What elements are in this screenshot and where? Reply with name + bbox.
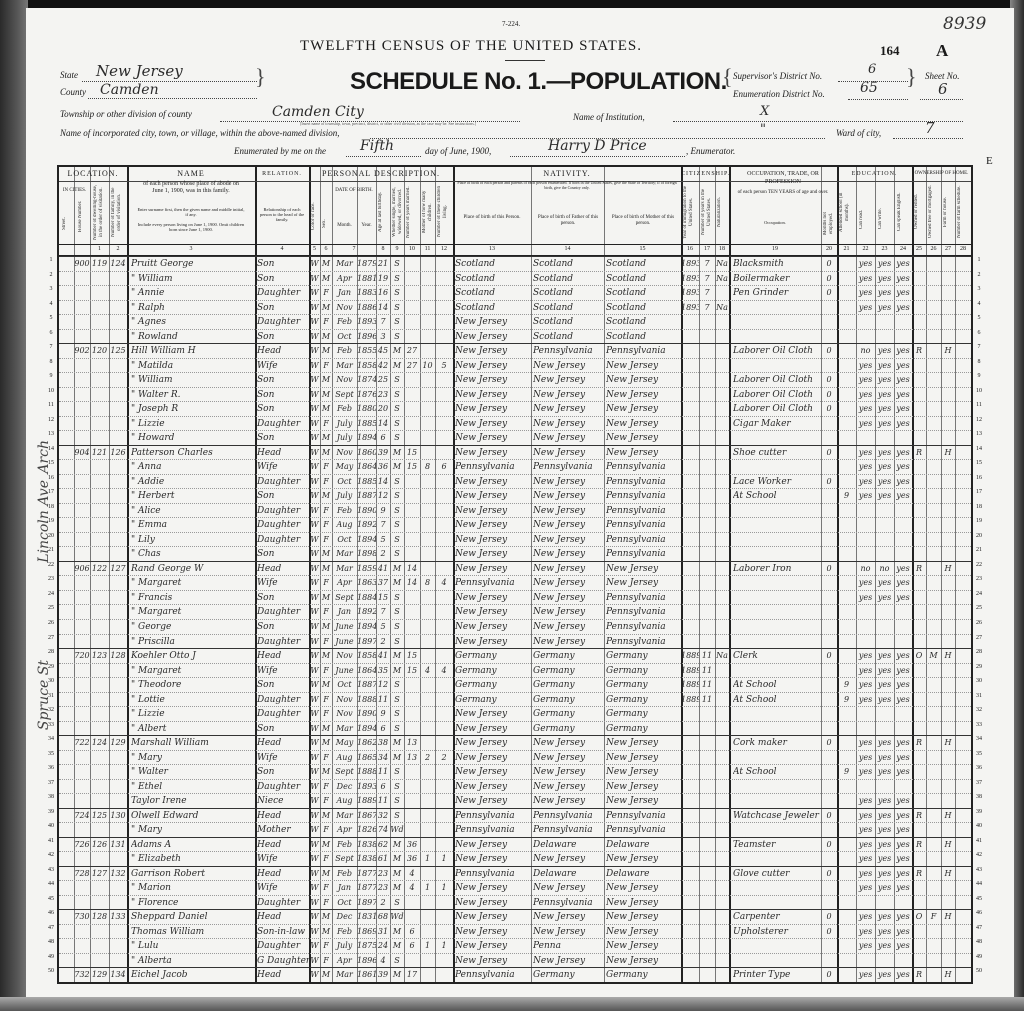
cell-years-married [404, 823, 420, 837]
cell-relationship: Daughter [257, 635, 309, 649]
cell-birth-month: Jan [332, 605, 357, 619]
cell-sex: M [320, 272, 332, 286]
cell-years-in-us [699, 867, 715, 881]
cell-months-unemployed: 0 [821, 649, 837, 663]
cell-children-living [435, 286, 453, 300]
cell-person-name: " Marion [131, 881, 255, 895]
cell-birthplace-mother: New Jersey [606, 896, 681, 910]
cell-farm-house [941, 330, 955, 344]
cell-birth-year: 1886 [357, 301, 376, 315]
cell-naturalization: Na [715, 301, 729, 315]
cell-birth-month: Jan [332, 881, 357, 895]
cell-mortgaged [926, 722, 941, 736]
cell-immigration-year [681, 605, 699, 619]
colnum: 22 [856, 246, 875, 252]
cell-marital-status: S [390, 533, 404, 547]
cell-speaks-english: yes [894, 402, 912, 416]
cell-family-number [109, 533, 127, 547]
cell-can-read: yes [856, 664, 875, 678]
row-number-right: 25 [973, 605, 985, 611]
cell-birth-month: Mar [332, 562, 357, 576]
cell-speaks-english: yes [894, 373, 912, 387]
cell-can-read: yes [856, 838, 875, 852]
cell-birthplace-mother: Delaware [606, 867, 681, 881]
cell-mortgaged [926, 693, 941, 707]
cell-age: 11 [376, 693, 390, 707]
cell-can-read [856, 620, 875, 634]
table-row: 4343728127132Garrison RobertHeadWMFeb187… [59, 866, 971, 882]
cell-occupation: At School [733, 765, 821, 779]
cell-mortgaged [926, 330, 941, 344]
cell-color: W [309, 780, 320, 794]
cell-color: W [309, 722, 320, 736]
cell-sex: M [320, 591, 332, 605]
cell-attended-school [837, 344, 856, 358]
row-number-right: 2 [973, 272, 985, 278]
cell-birthplace-mother: Pennsylvania [606, 591, 681, 605]
cell-mother-of [420, 373, 435, 387]
cell-family-number [109, 896, 127, 910]
cell-years-married [404, 417, 420, 431]
table-row: 1919" EmmaDaughterWFAug18927SNew JerseyN… [59, 517, 971, 533]
cell-dwelling-number [90, 794, 109, 808]
cell-birthplace-mother: New Jersey [606, 562, 681, 576]
cell-children-living [435, 605, 453, 619]
cell-birth-year: 1883 [357, 286, 376, 300]
cell-dwelling-number [90, 881, 109, 895]
cell-age: 12 [376, 678, 390, 692]
cell-immigration-year: 1893 [681, 286, 699, 300]
cell-farm-house [941, 373, 955, 387]
cell-birthplace-father: Scotland [533, 330, 604, 344]
header-year: Year. [357, 222, 376, 230]
cell-house-number: 726 [74, 838, 90, 852]
colnum: 27 [941, 246, 955, 252]
cell-dwelling-number [90, 751, 109, 765]
cell-immigration-year [681, 562, 699, 576]
cell-marital-status: Wd [390, 910, 404, 924]
cell-marital-status: S [390, 489, 404, 503]
cell-marital-status: M [390, 968, 404, 982]
cell-birthplace-father: New Jersey [533, 489, 604, 503]
cell-speaks-english: yes [894, 649, 912, 663]
cell-sex: M [320, 925, 332, 939]
cell-mortgaged [926, 751, 941, 765]
row-number: 22 [45, 562, 57, 568]
cell-years-in-us [699, 794, 715, 808]
cell-birthplace-person: New Jersey [455, 852, 531, 866]
cell-birthplace-father: New Jersey [533, 518, 604, 532]
cell-sex: F [320, 533, 332, 547]
cell-immigration-year [681, 620, 699, 634]
cell-person-name: Rand George W [131, 562, 255, 576]
table-row: 4040" MaryMotherWFApr182674WdPennsylvani… [59, 822, 971, 838]
cell-farm-house [941, 475, 955, 489]
cell-mother-of: 2 [420, 751, 435, 765]
cell-years-married [404, 765, 420, 779]
cell-birth-month: Mar [332, 257, 357, 271]
cell-person-name: Patterson Charles [131, 446, 255, 460]
cell-age: 42 [376, 359, 390, 373]
cell-speaks-english: yes [894, 591, 912, 605]
cell-children-living: 6 [435, 460, 453, 474]
cell-birth-year: 1887 [357, 489, 376, 503]
cell-attended-school [837, 664, 856, 678]
table-row: 3030" TheodoreSonWMOct188712SGermanyGerm… [59, 677, 971, 693]
cell-mortgaged [926, 475, 941, 489]
cell-marital-status: S [390, 765, 404, 779]
cell-birth-month: Mar [332, 722, 357, 736]
cell-relationship: Son [257, 765, 309, 779]
cell-months-unemployed [821, 605, 837, 619]
cell-can-read: no [856, 344, 875, 358]
cell-mortgaged [926, 823, 941, 837]
cell-attended-school [837, 823, 856, 837]
cell-birthplace-father: New Jersey [533, 475, 604, 489]
cell-can-write: yes [875, 881, 894, 895]
cell-person-name: Thomas William [131, 925, 255, 939]
cell-birth-year: 1875 [357, 939, 376, 953]
cell-children-living [435, 373, 453, 387]
cell-speaks-english [894, 780, 912, 794]
cell-immigration-year: 1889 [681, 664, 699, 678]
cell-years-in-us [699, 736, 715, 750]
cell-attended-school [837, 330, 856, 344]
cell-birth-month: Feb [332, 402, 357, 416]
cell-can-read: yes [856, 693, 875, 707]
cell-naturalization [715, 852, 729, 866]
incorporated-value: " [760, 122, 766, 137]
cell-immigration-year: 1893 [681, 301, 699, 315]
cell-birthplace-person: New Jersey [455, 794, 531, 808]
cell-relationship: Daughter [257, 707, 309, 721]
cell-farm-house [941, 678, 955, 692]
cell-months-unemployed: 0 [821, 968, 837, 982]
cell-age: 15 [376, 591, 390, 605]
header-month: Month. [332, 222, 357, 230]
cell-sex: F [320, 751, 332, 765]
enumerated-suffix: day of June, 1900, [425, 146, 491, 156]
row-number: 5 [45, 315, 57, 321]
cell-months-unemployed: 0 [821, 286, 837, 300]
row-number-right: 18 [973, 504, 985, 510]
cell-mortgaged [926, 402, 941, 416]
cell-mother-of [420, 823, 435, 837]
cell-years-married [404, 330, 420, 344]
cell-mother-of [420, 286, 435, 300]
cell-naturalization [715, 954, 729, 968]
cell-occupation: Laborer Oil Cloth [733, 373, 821, 387]
cell-marital-status: S [390, 388, 404, 402]
cell-marital-status: M [390, 925, 404, 939]
cell-attended-school [837, 925, 856, 939]
cell-naturalization [715, 707, 729, 721]
cell-owned-rented [912, 257, 926, 271]
cell-marital-status: S [390, 402, 404, 416]
cell-months-unemployed [821, 794, 837, 808]
enumeration-district-value: 65 [860, 80, 878, 96]
cell-house-number [74, 751, 90, 765]
cell-immigration-year [681, 489, 699, 503]
cell-person-name: " Alice [131, 504, 255, 518]
cell-color: W [309, 402, 320, 416]
cell-years-married [404, 315, 420, 329]
cell-months-unemployed: 0 [821, 562, 837, 576]
cell-relationship: Daughter [257, 780, 309, 794]
cell-years-married: 14 [404, 562, 420, 576]
cell-children-living [435, 402, 453, 416]
cell-years-married [404, 794, 420, 808]
cell-birthplace-person: New Jersey [455, 533, 531, 547]
cell-birthplace-person: New Jersey [455, 939, 531, 953]
row-number: 44 [45, 881, 57, 887]
cell-naturalization [715, 635, 729, 649]
cell-birthplace-father: Scotland [533, 257, 604, 271]
cell-age: 74 [376, 823, 390, 837]
cell-dwelling-number [90, 925, 109, 939]
cell-birthplace-father: New Jersey [533, 751, 604, 765]
cell-family-number [109, 852, 127, 866]
cell-birthplace-father: New Jersey [533, 533, 604, 547]
cell-speaks-english: yes [894, 910, 912, 924]
cell-age: 11 [376, 765, 390, 779]
cell-attended-school [837, 852, 856, 866]
cell-person-name: " Anna [131, 460, 255, 474]
cell-dwelling-number [90, 388, 109, 402]
cell-months-unemployed: 0 [821, 925, 837, 939]
cell-family-number [109, 504, 127, 518]
cell-color: W [309, 925, 320, 939]
cell-owned-rented [912, 939, 926, 953]
cell-years-married: 13 [404, 751, 420, 765]
row-number: 49 [45, 954, 57, 960]
cell-marital-status: M [390, 838, 404, 852]
header-family: Number of family, in the order of visita… [111, 183, 125, 241]
cell-can-write: yes [875, 460, 894, 474]
cell-birthplace-person: New Jersey [455, 780, 531, 794]
cell-occupation [733, 591, 821, 605]
cell-color: W [309, 838, 320, 852]
cell-attended-school [837, 475, 856, 489]
cell-owned-rented [912, 707, 926, 721]
cell-occupation: Clerk [733, 649, 821, 663]
cell-mother-of [420, 707, 435, 721]
cell-house-number [74, 707, 90, 721]
cell-house-number [74, 504, 90, 518]
cell-owned-rented [912, 881, 926, 895]
cell-birthplace-person: New Jersey [455, 881, 531, 895]
cell-color: W [309, 272, 320, 286]
cell-months-unemployed [821, 954, 837, 968]
cell-birth-month: Mar [332, 968, 357, 982]
table-row: 44" RalphSonWMNov188614SScotlandScotland… [59, 300, 971, 316]
table-body: 11900119124Pruitt GeorgeSonWMMar187921SS… [59, 256, 971, 982]
cell-dwelling-number [90, 954, 109, 968]
cell-birthplace-mother: New Jersey [606, 431, 681, 445]
cell-marital-status: S [390, 635, 404, 649]
table-row: 1414904121126Patterson CharlesHeadWMNov1… [59, 445, 971, 461]
cell-mortgaged [926, 518, 941, 532]
cell-marital-status: M [390, 852, 404, 866]
colnum: 14 [531, 246, 604, 252]
cell-speaks-english: yes [894, 693, 912, 707]
cell-farm-house: H [941, 968, 955, 982]
cell-owned-rented [912, 402, 926, 416]
cell-years-married [404, 504, 420, 518]
cell-birthplace-mother: New Jersey [606, 373, 681, 387]
cell-birthplace-person: Scotland [455, 272, 531, 286]
cell-can-read [856, 330, 875, 344]
row-number: 41 [45, 838, 57, 844]
cell-years-married [404, 678, 420, 692]
row-number: 11 [45, 402, 57, 408]
row-number: 48 [45, 939, 57, 945]
row-number-right: 50 [973, 968, 985, 974]
row-number: 35 [45, 751, 57, 757]
cell-house-number [74, 765, 90, 779]
cell-months-unemployed [821, 431, 837, 445]
cell-family-number [109, 475, 127, 489]
cell-age: 39 [376, 968, 390, 982]
cell-can-write [875, 707, 894, 721]
cell-person-name: Olwell Edward [131, 809, 255, 823]
cell-sex: F [320, 605, 332, 619]
cell-speaks-english [894, 431, 912, 445]
cell-years-married [404, 373, 420, 387]
cell-years-in-us [699, 954, 715, 968]
table-row: 1212" LizzieDaughterWFJuly188514SNew Jer… [59, 416, 971, 432]
cell-dwelling-number [90, 664, 109, 678]
cell-naturalization [715, 576, 729, 590]
cell-mortgaged [926, 576, 941, 590]
cell-sex: F [320, 475, 332, 489]
cell-house-number [74, 664, 90, 678]
cell-speaks-english: yes [894, 576, 912, 590]
cell-children-living [435, 533, 453, 547]
cell-months-unemployed [821, 678, 837, 692]
cell-birth-month: July [332, 417, 357, 431]
cell-attended-school [837, 939, 856, 953]
incorporated-label: Name of incorporated city, town, or vill… [60, 128, 339, 138]
cell-attended-school [837, 562, 856, 576]
cell-children-living [435, 475, 453, 489]
table-row: 4444" MarionWifeWFJan187723M411New Jerse… [59, 880, 971, 896]
cell-color: W [309, 678, 320, 692]
cell-sex: M [320, 373, 332, 387]
cell-naturalization [715, 925, 729, 939]
cell-speaks-english: yes [894, 272, 912, 286]
table-row: 2222906122127Rand George WHeadWMMar18594… [59, 561, 971, 577]
cell-immigration-year [681, 925, 699, 939]
colnum: 26 [926, 246, 941, 252]
cell-marital-status: S [390, 809, 404, 823]
cell-immigration-year [681, 968, 699, 982]
cell-marital-status: S [390, 780, 404, 794]
cell-age: 19 [376, 272, 390, 286]
cell-owned-rented [912, 591, 926, 605]
cell-birth-month: May [332, 736, 357, 750]
cell-marital-status: S [390, 330, 404, 344]
cell-birth-month: Nov [332, 649, 357, 663]
cell-can-read [856, 635, 875, 649]
cell-relationship: Mother [257, 823, 309, 837]
cell-occupation: Laborer Oil Cloth [733, 388, 821, 402]
cell-birthplace-mother: Pennsylvania [606, 533, 681, 547]
table-row: 1818" AliceDaughterWFFeb18909SNew Jersey… [59, 503, 971, 519]
row-number-right: 14 [973, 446, 985, 452]
row-number: 3 [45, 286, 57, 292]
cell-can-read: yes [856, 446, 875, 460]
cell-mortgaged [926, 664, 941, 678]
cell-birth-month: Nov [332, 373, 357, 387]
cell-years-in-us [699, 780, 715, 794]
cell-sex: M [320, 489, 332, 503]
cell-person-name: Hill William H [131, 344, 255, 358]
colnum: 1 [90, 246, 109, 252]
cell-farm-house [941, 751, 955, 765]
cell-relationship: G Daughter [257, 954, 309, 968]
cell-age: 6 [376, 780, 390, 794]
sheet-value: 6 [938, 80, 948, 98]
cell-relationship: Son [257, 620, 309, 634]
cell-birthplace-person: Scotland [455, 286, 531, 300]
header-nativity-desc: Place of birth of each person and parent… [457, 180, 677, 190]
cell-years-married [404, 301, 420, 315]
row-number-right: 5 [973, 315, 985, 321]
row-number-right: 23 [973, 576, 985, 582]
cell-naturalization [715, 562, 729, 576]
cell-marital-status: S [390, 286, 404, 300]
cell-person-name: " Lottie [131, 693, 255, 707]
cell-house-number [74, 417, 90, 431]
cell-occupation: Teamster [733, 838, 821, 852]
cell-speaks-english: yes [894, 794, 912, 808]
row-number-right: 38 [973, 794, 985, 800]
cell-owned-rented [912, 504, 926, 518]
cell-birth-month: Jan [332, 286, 357, 300]
cell-years-in-us [699, 388, 715, 402]
cell-naturalization [715, 794, 729, 808]
table-row: 4747Thomas WilliamSon-in-lawWMFeb186931M… [59, 924, 971, 940]
cell-immigration-year [681, 344, 699, 358]
cell-birthplace-father: New Jersey [533, 388, 604, 402]
cell-mother-of [420, 896, 435, 910]
cell-owned-rented: R [912, 562, 926, 576]
township-value: Camden City [272, 104, 364, 120]
cell-birth-year: 1894 [357, 533, 376, 547]
cell-can-write: yes [875, 968, 894, 982]
cell-occupation [733, 954, 821, 968]
cell-mortgaged [926, 547, 941, 561]
cell-birthplace-father: New Jersey [533, 446, 604, 460]
cell-years-married: 36 [404, 838, 420, 852]
cell-birthplace-mother: New Jersey [606, 402, 681, 416]
cell-occupation [733, 707, 821, 721]
cell-birthplace-father: Germany [533, 693, 604, 707]
cell-owned-rented [912, 301, 926, 315]
cell-age: 21 [376, 257, 390, 271]
cell-birth-year: 1888 [357, 765, 376, 779]
cell-age: 14 [376, 475, 390, 489]
cell-family-number [109, 881, 127, 895]
cell-can-write: yes [875, 939, 894, 953]
cell-months-unemployed [821, 330, 837, 344]
cell-birthplace-father: New Jersey [533, 547, 604, 561]
cell-owned-rented [912, 576, 926, 590]
cell-person-name: " Priscilla [131, 635, 255, 649]
cell-owned-rented [912, 635, 926, 649]
cell-house-number [74, 635, 90, 649]
